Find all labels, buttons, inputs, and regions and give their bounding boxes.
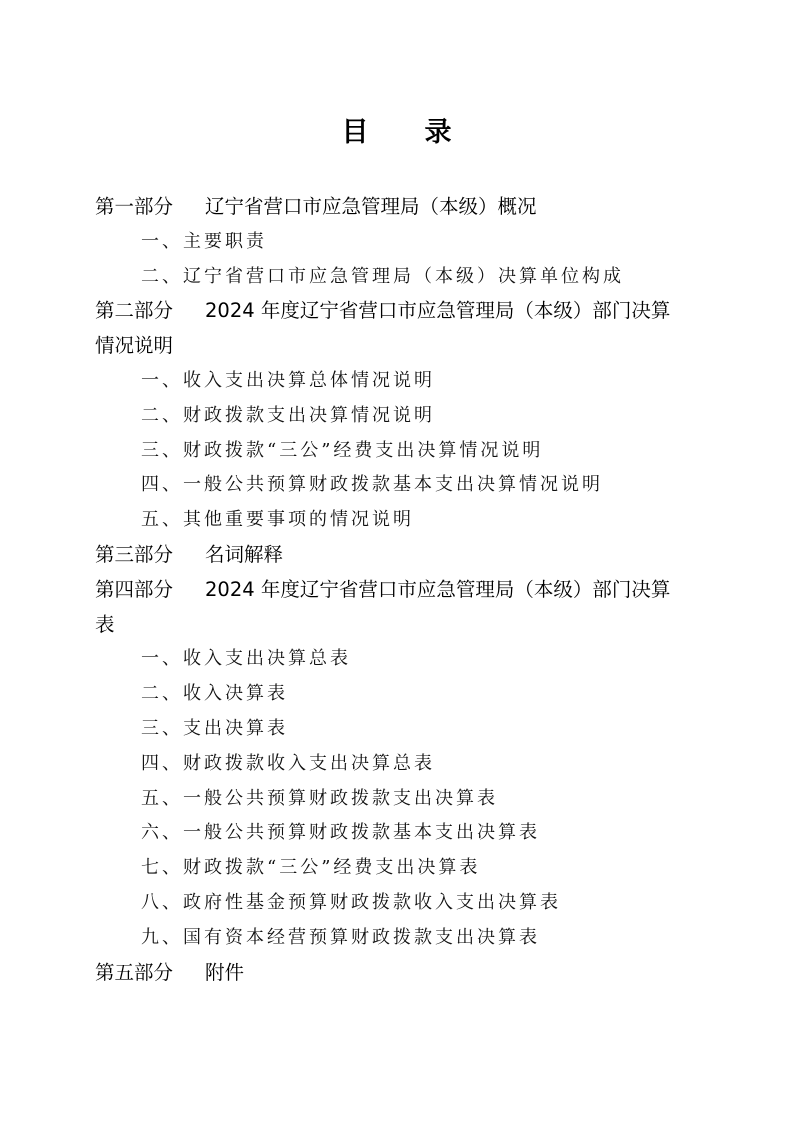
toc-part-3[interactable]: 第三部分名词解释: [95, 538, 715, 573]
part-title: 辽宁省营口市应急管理局（本级）概况: [205, 195, 537, 218]
toc-part-5[interactable]: 第五部分附件: [95, 956, 715, 991]
page-title: 目录: [0, 113, 793, 153]
toc-item[interactable]: 四、一般公共预算财政拨款基本支出决算情况说明: [95, 468, 715, 503]
toc-part-2-title-continuation[interactable]: 情况说明: [95, 329, 715, 364]
toc-item[interactable]: 一、收入支出决算总表: [95, 642, 715, 677]
page-title-char-2: 录: [425, 113, 452, 153]
toc-item[interactable]: 三、财政拨款“三公”经费支出决算情况说明: [95, 434, 715, 469]
toc-item[interactable]: 三、支出决算表: [95, 712, 715, 747]
toc-item[interactable]: 九、国有资本经营预算财政拨款支出决算表: [95, 921, 715, 956]
part-label: 第四部分: [95, 573, 205, 608]
toc-item[interactable]: 七、财政拨款“三公”经费支出决算表: [95, 851, 715, 886]
toc-item[interactable]: 二、财政拨款支出决算情况说明: [95, 399, 715, 434]
part-title: 名词解释: [205, 543, 283, 566]
toc-item[interactable]: 五、其他重要事项的情况说明: [95, 503, 715, 538]
toc-part-4-title-continuation[interactable]: 表: [95, 608, 715, 643]
toc-item[interactable]: 一、收入支出决算总体情况说明: [95, 364, 715, 399]
part-label: 第五部分: [95, 956, 205, 991]
part-label: 第二部分: [95, 294, 205, 329]
part-title: 附件: [205, 961, 244, 984]
toc-item[interactable]: 八、政府性基金预算财政拨款收入支出决算表: [95, 886, 715, 921]
page-title-char-1: 目: [342, 113, 369, 153]
part-title: 2024 年度辽宁省营口市应急管理局（本级）部门决算: [205, 299, 670, 322]
part-label: 第三部分: [95, 538, 205, 573]
toc-part-2[interactable]: 第二部分2024 年度辽宁省营口市应急管理局（本级）部门决算: [95, 294, 715, 329]
table-of-contents: 第一部分辽宁省营口市应急管理局（本级）概况 一、主要职责 二、辽宁省营口市应急管…: [95, 190, 715, 990]
toc-item[interactable]: 二、收入决算表: [95, 677, 715, 712]
part-title: 2024 年度辽宁省营口市应急管理局（本级）部门决算: [205, 578, 670, 601]
toc-item[interactable]: 一、主要职责: [95, 225, 715, 260]
toc-item[interactable]: 四、财政拨款收入支出决算总表: [95, 747, 715, 782]
toc-part-1[interactable]: 第一部分辽宁省营口市应急管理局（本级）概况: [95, 190, 715, 225]
toc-item[interactable]: 六、一般公共预算财政拨款基本支出决算表: [95, 816, 715, 851]
toc-item[interactable]: 二、辽宁省营口市应急管理局（本级）决算单位构成: [95, 260, 715, 295]
toc-item[interactable]: 五、一般公共预算财政拨款支出决算表: [95, 782, 715, 817]
part-label: 第一部分: [95, 190, 205, 225]
toc-part-4[interactable]: 第四部分2024 年度辽宁省营口市应急管理局（本级）部门决算: [95, 573, 715, 608]
